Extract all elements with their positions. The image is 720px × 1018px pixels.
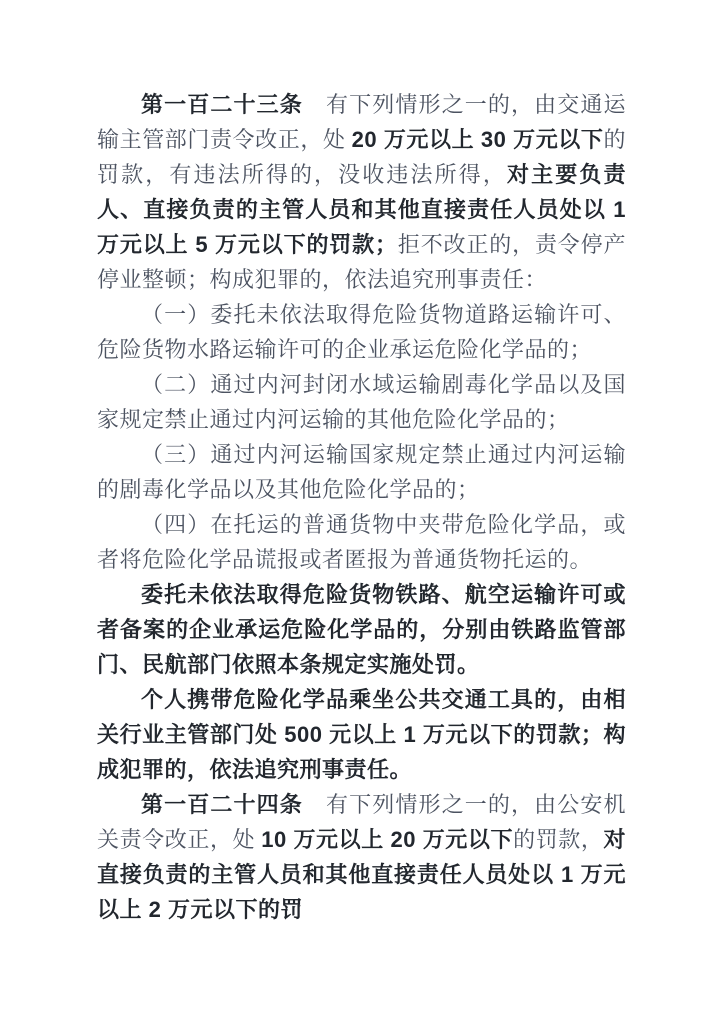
paragraph: （四）在托运的普通货物中夹带危险化学品，或者将危险化学品谎报或者匿报为普通货物托… — [97, 507, 626, 577]
paragraph: （一）委托未依法取得危险货物道路运输许可、危险货物水路运输许可的企业承运危险化学… — [97, 297, 626, 367]
text-run-bold: 委托未依法取得危险货物铁路、航空运输许可或者备案的企业承运危险化学品的，分别由铁… — [97, 582, 626, 677]
text-run-bold: 10 万元以上 20 万元以下 — [261, 827, 513, 852]
document-page: 第一百二十三条 有下列情形之一的，由交通运输主管部门责令改正，处 20 万元以上… — [0, 0, 720, 1018]
text-run-regular: （三）通过内河运输国家规定禁止通过内河运输的剧毒化学品以及其他危险化学品的； — [97, 442, 626, 502]
paragraph: 个人携带危险化学品乘坐公共交通工具的，由相关行业主管部门处 500 元以上 1 … — [97, 682, 626, 787]
text-run-regular: （二）通过内河封闭水域运输剧毒化学品以及国家规定禁止通过内河运输的其他危险化学品… — [97, 372, 626, 432]
text-run-bold: 第一百二十四条 — [141, 792, 303, 817]
text-run-bold: 第一百二十三条 — [141, 92, 303, 117]
text-run-regular: （四）在托运的普通货物中夹带危险化学品，或者将危险化学品谎报或者匿报为普通货物托… — [97, 512, 626, 572]
paragraph: （三）通过内河运输国家规定禁止通过内河运输的剧毒化学品以及其他危险化学品的； — [97, 437, 626, 507]
text-run-regular: （一）委托未依法取得危险货物道路运输许可、危险货物水路运输许可的企业承运危险化学… — [97, 302, 626, 362]
text-run-bold: 个人携带危险化学品乘坐公共交通工具的，由相关行业主管部门处 500 元以上 1 … — [97, 687, 626, 782]
paragraph: （二）通过内河封闭水域运输剧毒化学品以及国家规定禁止通过内河运输的其他危险化学品… — [97, 367, 626, 437]
paragraph: 第一百二十四条 有下列情形之一的，由公安机关责令改正，处 10 万元以上 20 … — [97, 787, 626, 927]
document-body: 第一百二十三条 有下列情形之一的，由交通运输主管部门责令改正，处 20 万元以上… — [97, 87, 626, 927]
paragraph: 第一百二十三条 有下列情形之一的，由交通运输主管部门责令改正，处 20 万元以上… — [97, 87, 626, 297]
text-run-bold: 20 万元以上 30 万元以下 — [352, 127, 604, 152]
paragraph: 委托未依法取得危险货物铁路、航空运输许可或者备案的企业承运危险化学品的，分别由铁… — [97, 577, 626, 682]
text-run-regular: 的罚款， — [513, 827, 603, 852]
